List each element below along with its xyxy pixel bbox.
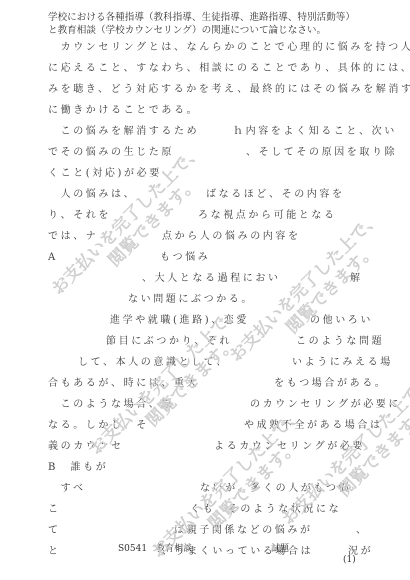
footer-title: S0541 教育相談 試題	[118, 541, 192, 554]
body-text-segment: みを聴き、どう対応するかを考え、最終的にはその悩みを解消するよう	[48, 84, 410, 96]
body-text-segment: 進学や就職(進路)、恋愛	[110, 315, 249, 327]
body-text-segment: ばなるほど、その内容を	[206, 189, 345, 201]
document-page: 学校における各種指導（教科指導、生徒指導、進路指導、特別活動等）と教育相談（学校…	[0, 0, 410, 580]
body-text-segment: に働きかけることである。	[48, 105, 199, 117]
body-text-segment: に応えること、すなわち、相談にのることであり、具体的には、その悩	[48, 63, 410, 75]
body-text-segment: B 誰もが	[48, 462, 108, 474]
body-text-segment: なる。しかし、そ	[48, 420, 149, 432]
footer-title-left: S0541 教育相談	[118, 544, 192, 554]
body-text-segment: の他いろい	[310, 315, 373, 327]
body-text-segment: でその悩みの生じた原	[48, 147, 174, 159]
body-text-segment: では、ナ	[48, 231, 98, 243]
body-text-segment: り、それを	[48, 210, 111, 222]
body-text-segment: ｈ内容をよく知ること、次い	[233, 126, 397, 138]
body-text-segment: 、そしてその原因を取り除	[246, 147, 397, 159]
body-text-segment: 人の悩みは、	[48, 189, 136, 201]
body-text-segment: て	[48, 525, 61, 537]
body-text-segment: このような場合、原	[48, 399, 174, 411]
body-text-segment: 解	[350, 273, 363, 285]
payment-watermark: お支払いを完了した上で、閲覧できます。	[278, 371, 410, 543]
body-text-segment: 、	[356, 525, 369, 537]
body-text-segment: ないが、多くの人がもつ悩	[200, 483, 351, 495]
page-number: (1)	[343, 555, 356, 565]
footer-title-right: 試題	[271, 541, 289, 554]
body-text-segment: 節目にぶつかり、それ	[106, 336, 232, 348]
body-text-segment: 義のカウンセ	[48, 441, 124, 453]
body-text-segment: もつ悩み	[160, 252, 210, 264]
body-text-segment: ば親子関係などの悩みが	[174, 525, 313, 537]
body-text-segment: ない問題にぶつかる。	[128, 294, 254, 306]
body-text-segment: をもつ場合がある。	[274, 378, 387, 390]
body-text-segment: 点から人の悩みの内容を	[162, 231, 301, 243]
body-text-segment: と	[48, 546, 61, 558]
body-text-segment: ろな視点から可能となる	[198, 210, 337, 222]
body-text-segment: このような問題	[296, 336, 384, 348]
payment-watermark: お支払いを完了した上で、閲覧できます。	[48, 141, 220, 313]
body-text-segment: や成熟不全がある場合は	[244, 420, 383, 432]
body-text-segment: のカウンセリングが必要に	[250, 399, 401, 411]
body-text-segment: カウンセリングとは、なんらかのことで心理的に悩みを持つ人の悩み	[48, 42, 410, 54]
body-text-segment: よるカウンセリングが必要	[214, 441, 365, 453]
body-text-segment: くこと(対応)が必要	[48, 168, 162, 180]
body-text-segment: 合もあるが、時には、重大	[48, 378, 199, 390]
body-text-segment: この悩みを解消するため	[48, 126, 199, 138]
body-text-segment: こ	[48, 504, 61, 516]
body-text-segment: すべ	[48, 483, 86, 495]
body-text-segment: 、大人となる過程におい	[142, 273, 281, 285]
body-text-segment: して、本人の意識として、	[78, 357, 229, 369]
body-text-segment: くも、そのような状況にな	[190, 504, 341, 516]
body-text-segment: いようにみえる場	[292, 357, 393, 369]
question-prompt: 学校における各種指導（教科指導、生徒指導、進路指導、特別活動等）と教育相談（学校…	[48, 11, 364, 37]
body-text-segment: A	[48, 252, 58, 264]
